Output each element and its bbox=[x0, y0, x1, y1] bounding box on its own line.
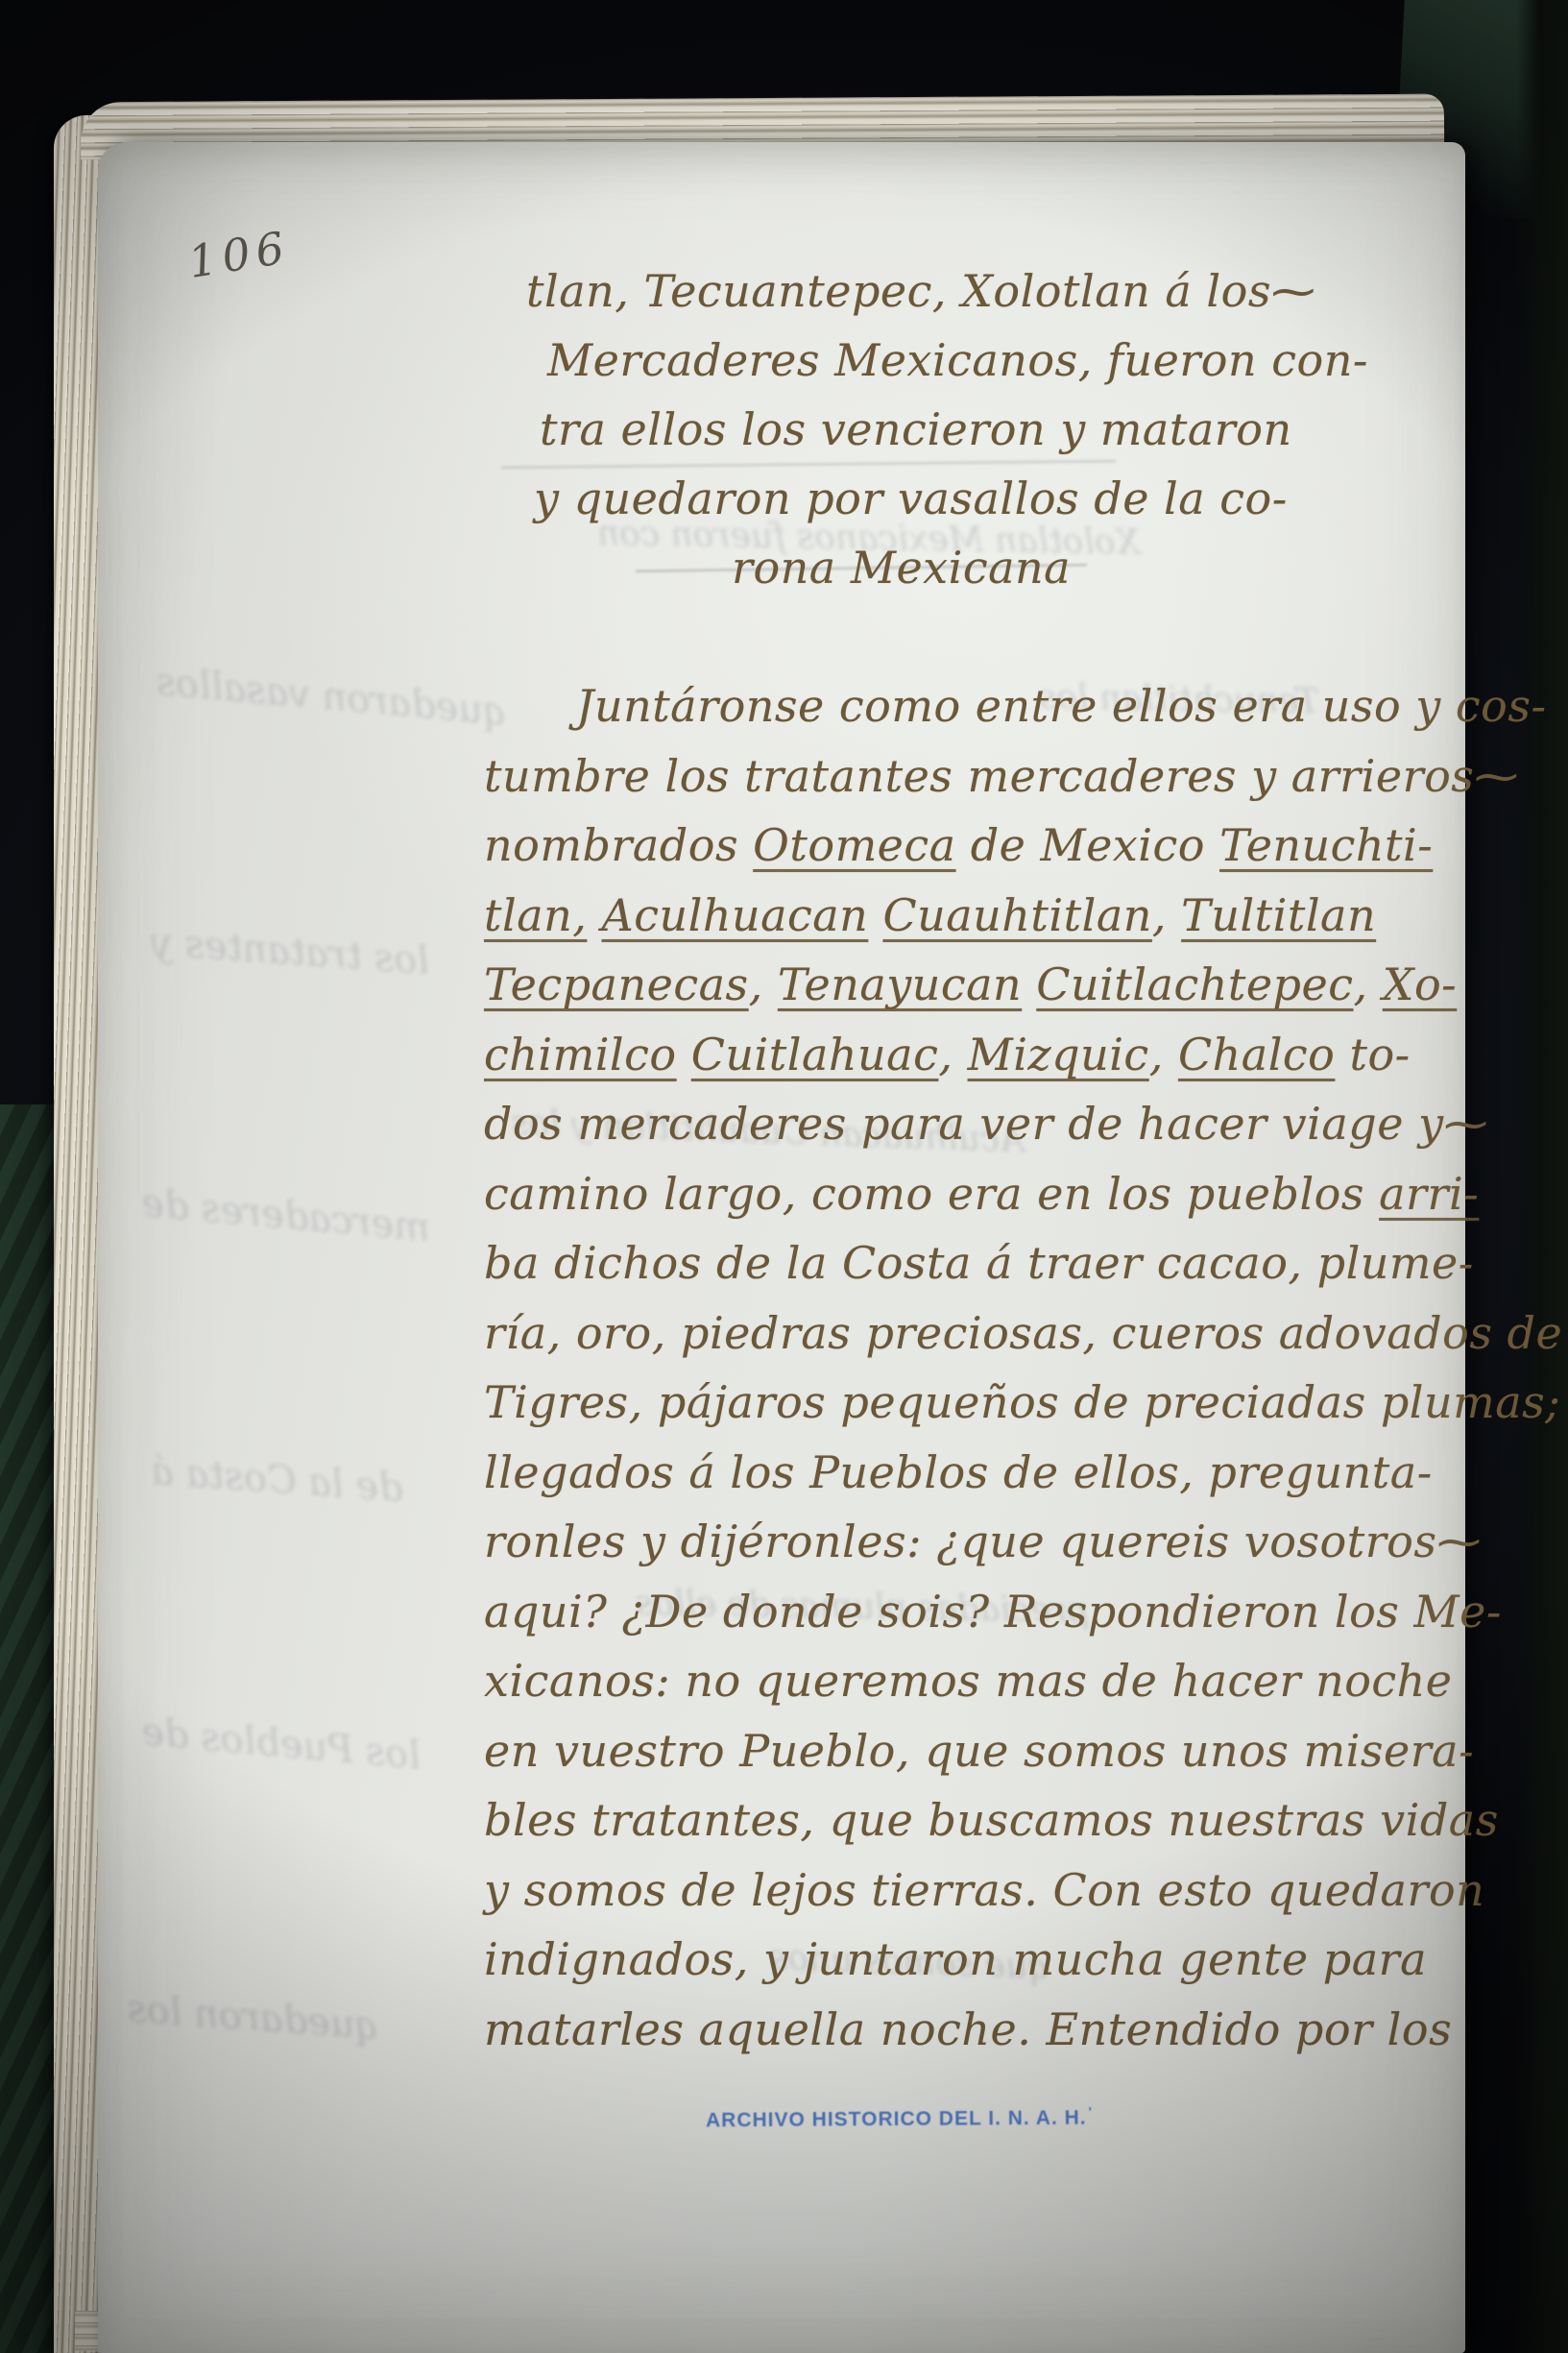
manuscript-word: ba dichos de la Costa á traer cacao, plu… bbox=[484, 1237, 1474, 1289]
manuscript-line: tlan, Tecuantepec, Xolotlan á los⁓ bbox=[526, 265, 1368, 334]
manuscript-line: y quedaron por vasallos de la co- bbox=[526, 473, 1368, 542]
manuscript-line: ronles y dijéronles: ¿que quereis vosotr… bbox=[484, 1516, 1562, 1586]
manuscript-line: ría, oro, piedras preciosas, cueros adov… bbox=[484, 1307, 1562, 1377]
bleed-through-text: quedaron vasallos bbox=[155, 660, 510, 735]
manuscript-word: , bbox=[749, 958, 778, 1010]
bleed-through-text: quedaron los bbox=[126, 1987, 381, 2049]
manuscript-word: llegados á los Pueblos de ellos, pregunt… bbox=[484, 1446, 1433, 1498]
manuscript-word: , bbox=[1353, 958, 1382, 1010]
manuscript-line: en vuestro Pueblo, que somos unos misera… bbox=[484, 1725, 1562, 1795]
manuscript-word: ría, oro, piedras preciosas, cueros adov… bbox=[484, 1307, 1562, 1359]
manuscript-word bbox=[1022, 958, 1036, 1010]
manuscript-word: dos mercaderes para ver de hacer viage y… bbox=[484, 1098, 1488, 1150]
manuscript-line: y somos de lejos tierras. Con esto queda… bbox=[484, 1864, 1562, 1934]
manuscript-paragraph-2: Juntáronse como entre ellos era uso y co… bbox=[484, 680, 1562, 2073]
manuscript-word: indignados, y juntaron mucha gente para bbox=[484, 1933, 1427, 1985]
underlined-place-name: Tultitlan bbox=[1181, 889, 1376, 941]
manuscript-word: y somos de lejos tierras. Con esto queda… bbox=[484, 1864, 1484, 1916]
underlined-place-name: Cuitlachtepec bbox=[1036, 958, 1353, 1010]
bleed-through-text: mercaderes de bbox=[140, 1181, 432, 1250]
manuscript-word: aqui? ¿De donde sois? Respondieron los M… bbox=[484, 1586, 1502, 1637]
manuscript-line: camino largo, como era en los pueblos ar… bbox=[484, 1168, 1562, 1238]
manuscript-word: xicanos: no queremos mas de hacer noche bbox=[484, 1655, 1453, 1707]
manuscript-word: , bbox=[1149, 1029, 1178, 1080]
underlined-place-name: Cuitlahuac bbox=[691, 1029, 939, 1080]
underlined-place-name: Tenayucan bbox=[778, 958, 1022, 1010]
underlined-place-name: Xo- bbox=[1383, 958, 1458, 1010]
manuscript-line: tra ellos los vencieron y mataron bbox=[526, 403, 1368, 473]
manuscript-line: ba dichos de la Costa á traer cacao, plu… bbox=[484, 1237, 1562, 1307]
manuscript-line: tumbre los tratantes mercaderes y arrier… bbox=[484, 750, 1562, 820]
underlined-place-name: tlan, bbox=[484, 889, 587, 941]
manuscript-line: indignados, y juntaron mucha gente para bbox=[484, 1933, 1562, 2003]
manuscript-line: aqui? ¿De donde sois? Respondieron los M… bbox=[484, 1586, 1562, 1656]
manuscript-word: matarles aquella noche. Entendido por lo… bbox=[484, 2003, 1452, 2055]
manuscript-line: Tigres, pájaros pequeños de preciadas pl… bbox=[484, 1376, 1562, 1446]
underlined-place-name: Chalco bbox=[1178, 1029, 1335, 1080]
underlined-place-name: Tecpanecas bbox=[484, 958, 749, 1010]
underlined-place-name: Mizquic bbox=[968, 1029, 1149, 1080]
manuscript-line: dos mercaderes para ver de hacer viage y… bbox=[484, 1098, 1562, 1168]
bleed-through-text: los tratantes y bbox=[150, 920, 431, 983]
bleed-through-text: los Pueblos de bbox=[140, 1710, 422, 1778]
manuscript-word: ronles y dijéronles: ¿que quereis vosotr… bbox=[484, 1516, 1482, 1567]
manuscript-word: Juntáronse como entre ellos era uso y co… bbox=[576, 680, 1547, 732]
manuscript-line: nombrados Otomeca de Mexico Tenuchti- bbox=[484, 819, 1562, 889]
archive-stamp-tick: ' bbox=[1089, 2104, 1093, 2120]
manuscript-line: Juntáronse como entre ellos era uso y co… bbox=[484, 680, 1562, 750]
manuscript-line: llegados á los Pueblos de ellos, pregunt… bbox=[484, 1446, 1562, 1516]
manuscript-word: , bbox=[938, 1029, 967, 1080]
underlined-place-name: Aculhuacan bbox=[602, 889, 869, 941]
manuscript-word: tra ellos los vencieron y mataron bbox=[540, 403, 1292, 455]
manuscript-word: Tigres, pájaros pequeños de preciadas pl… bbox=[484, 1376, 1560, 1428]
underlined-place-name: chimilco bbox=[484, 1029, 677, 1080]
manuscript-word: de Mexico bbox=[956, 819, 1219, 871]
manuscript-line: Mercaderes Mexicanos, fueron con- bbox=[526, 334, 1368, 403]
underlined-place-name: Cuauhtitlan bbox=[882, 889, 1151, 941]
manuscript-word: rona Mexicana bbox=[732, 542, 1071, 594]
manuscript-line: Tecpanecas, Tenayucan Cuitlachtepec, Xo- bbox=[484, 958, 1562, 1029]
manuscript-word: tlan, Tecuantepec, Xolotlan á los⁓ bbox=[526, 265, 1315, 317]
manuscript-line: bles tratantes, que buscamos nuestras vi… bbox=[484, 1794, 1562, 1864]
manuscript-line: xicanos: no queremos mas de hacer noche bbox=[484, 1655, 1562, 1725]
underlined-place-name: Tenuchti- bbox=[1219, 819, 1433, 871]
manuscript-word: bles tratantes, que buscamos nuestras vi… bbox=[484, 1794, 1499, 1846]
manuscript-word bbox=[677, 1029, 691, 1080]
manuscript-line: chimilco Cuitlahuac, Mizquic, Chalco to- bbox=[484, 1029, 1562, 1099]
archive-stamp: ARCHIVO HISTORICO DEL I. N. A. H.' bbox=[706, 2104, 1093, 2133]
manuscript-word: Mercaderes Mexicanos, fueron con- bbox=[547, 334, 1368, 386]
manuscript-word: nombrados bbox=[484, 819, 753, 871]
manuscript-line: rona Mexicana bbox=[526, 542, 1368, 611]
archive-stamp-text: ARCHIVO HISTORICO DEL I. N. A. H. bbox=[706, 2107, 1087, 2132]
manuscript-line: matarles aquella noche. Entendido por lo… bbox=[484, 2003, 1562, 2074]
manuscript-word: en vuestro Pueblo, que somos unos misera… bbox=[484, 1725, 1474, 1777]
manuscript-word: , bbox=[1152, 889, 1181, 941]
bleed-through-text: de la Costa á bbox=[150, 1449, 405, 1511]
manuscript-word: to- bbox=[1335, 1029, 1410, 1080]
manuscript-word bbox=[868, 889, 882, 941]
underlined-place-name: Otomeca bbox=[753, 819, 955, 871]
underlined-place-name: arri- bbox=[1379, 1168, 1479, 1220]
manuscript-paragraph-1: tlan, Tecuantepec, Xolotlan á los⁓Mercad… bbox=[526, 265, 1368, 611]
manuscript-line: tlan, Aculhuacan Cuauhtitlan, Tultitlan bbox=[484, 889, 1562, 959]
manuscript-word: camino largo, como era en los pueblos bbox=[484, 1168, 1379, 1220]
manuscript-word: y quedaron por vasallos de la co- bbox=[534, 473, 1288, 524]
manuscript-word: tumbre los tratantes mercaderes y arrier… bbox=[484, 750, 1519, 802]
manuscript-word bbox=[587, 889, 601, 941]
